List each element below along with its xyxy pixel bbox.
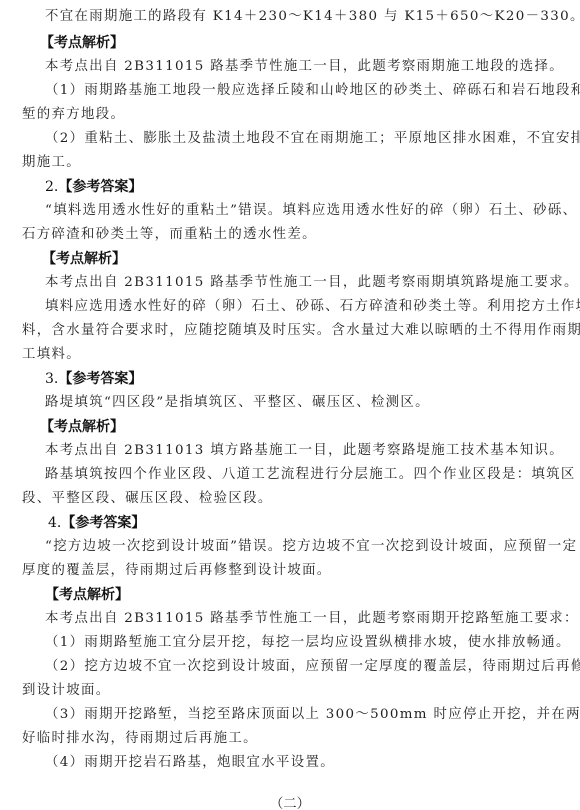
answer-label: 【参考答案】 [58, 179, 142, 195]
text-line: 本考点出自 2B311015 路基季节性施工一目，此题考察雨期施工地段的选择。 [45, 57, 552, 77]
text-line: 不宜在雨期施工的路段有 K14＋230～K14＋380 与 K15＋650～K2… [45, 7, 552, 27]
text-line: 本考点出自 2B311015 路基季节性施工一目，此题考察雨期开挖路堑施工要求： [45, 609, 552, 629]
answer-label: 【参考答案】 [61, 515, 145, 531]
text-line: （1）雨期路堑施工宜分层开挖，每挖一层均应设置纵横排水坡，使水排放畅通。 [45, 633, 552, 653]
text-line: “挖方边坡一次挖到设计坡面”错误。挖方边坡不宜一次挖到设计坡面，应预留一定 [45, 537, 552, 557]
text-line: 填料应选用透水性好的碎（卵）石土、砂砾、石方碎渣和砂类土等。利用挖方土作填 [45, 297, 552, 317]
text-line: （1）雨期路基施工地段一般应选择丘陵和山岭地区的砂类土、碎砾石和岩石地段和路 [45, 81, 552, 101]
text-line: 本考点出自 2B311013 填方路基施工一目，此题考察路堤施工技术基本知识。 [45, 441, 552, 461]
section-title: （二） [0, 795, 580, 810]
text-line: 料，含水量符合要求时，应随挖随填及时压实。含水量过大难以晾晒的土不得用作雨期施 [22, 321, 552, 341]
text-line: 堑的弃方地段。 [22, 105, 552, 125]
question-number: 3. [45, 371, 58, 387]
text-line: 工填料。 [22, 345, 552, 365]
text-line: （4）雨期开挖岩石路基，炮眼宜水平设置。 [45, 753, 552, 773]
heading-analysis: 【考点解析】 [45, 585, 129, 605]
heading-answer-3: 3.【参考答案】 [45, 369, 142, 389]
text-line: 到设计坡面。 [22, 681, 552, 701]
text-line: （3）雨期开挖路堑，当挖至路床顶面以上 300～500mm 时应停止开挖，并在两… [45, 705, 552, 725]
text-line: 期施工。 [22, 153, 552, 173]
text-line: （2）挖方边坡不宜一次挖到设计坡面，应预留一定厚度的覆盖层，待雨期过后再修整 [45, 657, 552, 677]
text-line: 石方碎渣和砂类土等，而重粘土的透水性差。 [22, 225, 552, 245]
text-line: 路堤填筑“四区段”是指填筑区、平整区、碾压区、检测区。 [45, 393, 552, 413]
answer-label: 【参考答案】 [58, 371, 142, 387]
text-line: “填料选用透水性好的重粘土”错误。填料应选用透水性好的碎（卵）石土、砂砾、 [45, 201, 552, 221]
text-line: 好临时排水沟，待雨期过后再施工。 [22, 729, 552, 749]
heading-answer-2: 2.【参考答案】 [45, 177, 142, 197]
question-number: 2. [45, 179, 58, 195]
heading-analysis: 【考点解析】 [42, 249, 126, 269]
text-line: 路基填筑按四个作业区段、八道工艺流程进行分层施工。四个作业区段是：填筑区 [45, 465, 552, 485]
text-line: 厚度的覆盖层，待雨期过后再修整到设计坡面。 [22, 561, 552, 581]
text-line: （2）重粘土、膨胀土及盐渍土地段不宜在雨期施工；平原地区排水困难，不宜安排雨 [45, 129, 552, 149]
document-page: 不宜在雨期施工的路段有 K14＋230～K14＋380 与 K15＋650～K2… [0, 0, 580, 810]
text-line: 段、平整区段、碾压区段、检验区段。 [22, 489, 552, 509]
heading-analysis: 【考点解析】 [40, 417, 124, 437]
heading-analysis: 【考点解析】 [40, 33, 124, 53]
question-number: 4. [48, 515, 61, 531]
heading-answer-4: 4.【参考答案】 [48, 513, 145, 533]
text-line: 本考点出自 2B311015 路基季节性施工一目，此题考察雨期填筑路堤施工要求。 [45, 273, 552, 293]
